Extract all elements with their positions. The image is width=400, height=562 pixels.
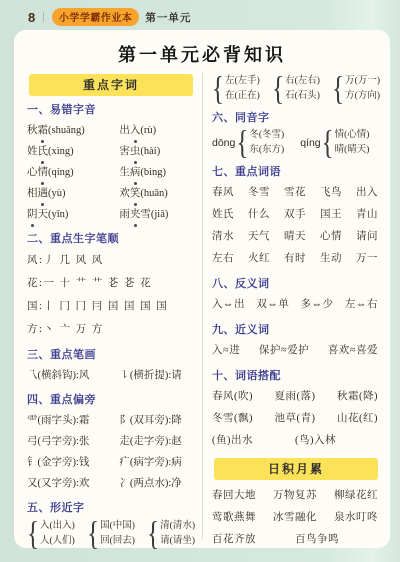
word: 东(东方): [249, 143, 284, 158]
brace-lines: 清(清水) 请(请坐): [160, 519, 195, 549]
word: 石(石头): [285, 89, 320, 104]
word: 情(心情): [335, 128, 370, 143]
word-with-pinyin: 害虫(hài): [119, 141, 195, 162]
page-number: 8: [28, 10, 35, 25]
similar-chars-group: 右(左右) 石(石头): [272, 74, 320, 104]
idiom-row: 百花齐放 百鸟争鸣: [212, 529, 380, 551]
collocation: (鸟)入林: [295, 430, 336, 452]
stroke-order-row: 风:丿 几 风 风: [27, 249, 195, 272]
word-pair-row: 心情(qíng) 生病(bìng): [27, 162, 195, 183]
word: 有时: [284, 248, 306, 270]
pinyin-label: dōng: [212, 137, 235, 149]
word: 万(万一): [345, 74, 380, 89]
word-with-pinyin: 欢笑(huān): [119, 183, 195, 204]
word: 万一: [356, 248, 378, 270]
radical-example: 钅(金字旁):钱: [27, 452, 119, 473]
word: 出入: [356, 182, 378, 204]
antonym-pair: 多⇔少: [301, 294, 334, 316]
collocation: 池草(青): [275, 408, 316, 430]
page-title: 第一单元必背知识: [24, 41, 380, 67]
word-row: 清水 天气 晴天 心情 请问: [212, 226, 380, 248]
stroke-list: 乁(横斜钩):风 ㇊(横折提):请: [27, 365, 195, 386]
section-heading-collocations: 十、词语搭配: [212, 367, 380, 383]
emphasized-char: 遇: [38, 183, 49, 204]
brace-icon: [332, 72, 344, 106]
similar-chars-group: 万(万一) 方(方向): [332, 74, 380, 104]
word: 晴天: [284, 226, 306, 248]
brace-lines: 入(出入) 人(人们): [40, 519, 75, 549]
word: 右(左右): [285, 74, 320, 89]
brace-lines: 情(心情) 晴(晴天): [335, 128, 370, 158]
collocation: 春风(吹): [212, 386, 253, 408]
word-with-pinyin: 阴天(yīn): [27, 204, 119, 225]
word: 冬(冬雪): [249, 128, 284, 143]
collocation-list: 春风(吹) 夏雨(落) 秋霜(降) 冬雪(飘) 池草(青) 山花(红) (鱼)出…: [212, 386, 380, 452]
radical-example: 阝(双耳旁):降: [119, 410, 195, 431]
brace-icon: [322, 126, 334, 160]
word: 左(左手): [225, 74, 260, 89]
emphasized-char: 虫: [130, 141, 141, 162]
word: 请问: [356, 226, 378, 248]
collocation: 冬雪(飘): [212, 408, 253, 430]
word-with-pinyin: 出入(rù): [119, 120, 195, 141]
collocation: 山花(红): [337, 408, 378, 430]
idiom-list: 春回大地 万物复苏 柳绿花红 莺歌燕舞 冰雪融化 泉水叮咚 百花齐放: [212, 485, 380, 551]
word: 飞鸟: [320, 182, 342, 204]
word: 什么: [248, 204, 270, 226]
word-with-pinyin: 姓氏(xìng): [27, 141, 119, 162]
idiom: 柳绿花红: [334, 485, 378, 507]
similar-chars-group: 入(出入) 人(人们): [27, 519, 75, 549]
brace-lines: 万(万一) 方(方向): [345, 74, 380, 104]
radical-row: 又(又字旁):欢 冫(两点水):净: [27, 473, 195, 494]
word-row: 左右 火红 有时 生动 万一: [212, 248, 380, 270]
idiom: 百花齐放: [212, 529, 256, 551]
word: 国(中国): [100, 519, 135, 534]
section-heading-strokes: 三、重点笔画: [27, 346, 195, 362]
word: 国王: [320, 204, 342, 226]
word: 清水: [212, 226, 234, 248]
section-header-accumulation: 日积月累: [214, 458, 378, 480]
word: 姓氏: [212, 204, 234, 226]
word-pair-row: 相遇(yù) 欢笑(huān): [27, 183, 195, 204]
synonym-pair: 保护≈爱护: [259, 340, 309, 362]
collocation: (鱼)出水: [212, 430, 253, 452]
idiom: 百鸟争鸣: [295, 529, 339, 551]
brace-lines: 右(左右) 石(石头): [285, 74, 320, 104]
word: 方(方向): [345, 89, 380, 104]
antonym-pair: 左⇔右: [345, 294, 378, 316]
radical-row: 钅(金字旁):钱 疒(病字旁):病: [27, 452, 195, 473]
stroke-order-row: 花:一 十 艹 艹 芲 芲 花: [27, 272, 195, 295]
word-row: 春风 冬雪 雪花 飞鸟 出入: [212, 182, 380, 204]
antonym-pair: 双⇔单: [256, 294, 289, 316]
book-title-badge: 小学学霸作业本: [52, 8, 140, 26]
section-heading-antonyms: 八、反义词: [212, 275, 380, 291]
emphasized-char: 夹: [130, 204, 141, 225]
stroke-example: ㇊(横折提):请: [119, 365, 195, 386]
radical-example: ⻗(雨字头):霜: [27, 410, 119, 431]
brace-lines: 冬(冬雪) 东(东方): [249, 128, 284, 158]
stroke-order-row: 国:丨 冂 冂 冃 囯 囯 国 国: [27, 295, 195, 318]
left-column: 重点字词 一、易错字音 秋霜(shuāng) 出入(rù) 姓氏(xìng) 害…: [24, 73, 202, 539]
word: 心情: [320, 226, 342, 248]
section-heading-synonyms: 九、近义词: [212, 321, 380, 337]
pinyin-label: qíng: [300, 137, 320, 149]
brace-icon: [212, 72, 224, 106]
word-with-pinyin: 秋霜(shuāng): [27, 120, 119, 141]
word-pair-row: 姓氏(xìng) 害虫(hài): [27, 141, 195, 162]
synonym-pair: 喜欢≈喜爱: [328, 340, 378, 362]
word: 入(出入): [40, 519, 75, 534]
page-header: 8 | 小学学霸作业本 第一单元: [0, 0, 400, 28]
section-heading-mispronounced: 一、易错字音: [27, 101, 195, 117]
brace-lines: 国(中国) 回(回去): [100, 519, 135, 549]
word-pair-row: 阴天(yīn) 雨夹雪(jiā): [27, 204, 195, 225]
brace-lines: 左(左手) 在(正在): [225, 74, 260, 104]
radical-example: 冫(两点水):净: [119, 473, 195, 494]
page-background: 8 | 小学学霸作业本 第一单元 第一单元必背知识 重点字词 一、易错字音 秋霜…: [0, 0, 400, 28]
word-pair-row: 秋霜(shuāng) 出入(rù): [27, 120, 195, 141]
radical-example: 疒(病字旁):病: [119, 452, 195, 473]
collocation: 秋霜(降): [337, 386, 378, 408]
similar-chars-groups: 入(出入) 人(人们) 国(中国) 回(回去): [27, 519, 195, 549]
radical-example: 弓(弓字旁):张: [27, 431, 119, 452]
stroke-example: 乁(横斜钩):风: [27, 365, 119, 386]
header-divider: |: [42, 12, 45, 23]
word-row: 姓氏 什么 双手 国王 青山: [212, 204, 380, 226]
emphasized-char: 病: [130, 162, 141, 183]
stroke-order-row: 方:丶 亠 万 方: [27, 318, 195, 341]
two-column-layout: 重点字词 一、易错字音 秋霜(shuāng) 出入(rù) 姓氏(xìng) 害…: [24, 73, 380, 539]
similar-chars-group: 国(中国) 回(回去): [87, 519, 135, 549]
emphasized-char: 氏: [38, 141, 49, 162]
collocation-row: 春风(吹) 夏雨(落) 秋霜(降): [212, 386, 380, 408]
emphasized-char: 阴: [27, 204, 38, 225]
word-with-pinyin: 雨夹雪(jiā): [119, 204, 195, 225]
word: 在(正在): [225, 89, 260, 104]
radical-list: ⻗(雨字头):霜 阝(双耳旁):降 弓(弓字旁):张 走(走字旁):赵 钅(金字…: [27, 410, 195, 494]
key-words-list: 春风 冬雪 雪花 飞鸟 出入 姓氏 什么 双手 国王 青山: [212, 182, 380, 270]
idiom-row: 春回大地 万物复苏 柳绿花红: [212, 485, 380, 507]
word: 清(清水): [160, 519, 195, 534]
radical-row: ⻗(雨字头):霜 阝(双耳旁):降: [27, 410, 195, 431]
word: 双手: [284, 204, 306, 226]
word: 雪花: [284, 182, 306, 204]
word: 晴(晴天): [335, 143, 370, 158]
section-heading-key-words: 七、重点词语: [212, 163, 380, 179]
similar-chars-group: 清(清水) 请(请坐): [147, 519, 195, 549]
section-header-keywords: 重点字词: [29, 74, 193, 96]
brace-icon: [87, 517, 99, 551]
brace-icon: [236, 126, 248, 160]
brace-icon: [147, 517, 159, 551]
emphasized-char: 情: [38, 162, 49, 183]
collocation-row: (鱼)出水 (鸟)入林: [212, 430, 380, 452]
idiom: 冰雪融化: [273, 507, 317, 529]
stroke-row: 乁(横斜钩):风 ㇊(横折提):请: [27, 365, 195, 386]
radical-example: 走(走字旁):赵: [119, 431, 195, 452]
section-heading-stroke-order: 二、重点生字笔顺: [27, 230, 195, 246]
word: 天气: [248, 226, 270, 248]
section-heading-radicals: 四、重点偏旁: [27, 391, 195, 407]
emphasized-char: 笑: [130, 183, 141, 204]
word: 春风: [212, 182, 234, 204]
radical-example: 又(又字旁):欢: [27, 473, 119, 494]
synonym-row: 入≈进 保护≈爱护 喜欢≈喜爱: [212, 340, 380, 362]
section-heading-similar-chars: 五、形近字: [27, 499, 195, 515]
synonym-pair: 入≈进: [212, 340, 240, 362]
word: 左右: [212, 248, 234, 270]
right-column: 左(左手) 在(正在) 右(左右) 石(石头): [202, 73, 380, 539]
homophone-group: qíng 情(心情) 晴(晴天): [300, 128, 369, 158]
idiom: 莺歌燕舞: [212, 507, 256, 529]
word: 回(回去): [100, 534, 135, 549]
stroke-order-list: 风:丿 几 风 风 花:一 十 艹 艹 芲 芲 花 国:丨 冂 冂 冃 囯 囯 …: [27, 249, 195, 341]
antonym-pair: 入⇔出: [212, 294, 245, 316]
collocation-row: 冬雪(飘) 池草(青) 山花(红): [212, 408, 380, 430]
word: 人(人们): [40, 534, 75, 549]
word: 青山: [356, 204, 378, 226]
brace-icon: [272, 72, 284, 106]
homophone-list: dōng 冬(冬雪) 东(东方) qíng 情(心情: [212, 128, 380, 158]
pinyin-words-list: 秋霜(shuāng) 出入(rù) 姓氏(xìng) 害虫(hài) 心情(qí…: [27, 120, 195, 225]
similar-chars-group: 左(左手) 在(正在): [212, 74, 260, 104]
idiom: 春回大地: [212, 485, 256, 507]
brace-icon: [27, 517, 39, 551]
emphasized-char: 霜: [38, 120, 49, 141]
idiom: 泉水叮咚: [334, 507, 378, 529]
word-with-pinyin: 心情(qíng): [27, 162, 119, 183]
content-card: 第一单元必背知识 重点字词 一、易错字音 秋霜(shuāng) 出入(rù) 姓…: [14, 30, 390, 548]
word: 请(请坐): [160, 534, 195, 549]
word-with-pinyin: 相遇(yù): [27, 183, 119, 204]
emphasized-char: 入: [130, 120, 141, 141]
homophone-group: dōng 冬(冬雪) 东(东方): [212, 128, 284, 158]
word: 生动: [320, 248, 342, 270]
collocation: 夏雨(落): [275, 386, 316, 408]
section-heading-homophones: 六、同音字: [212, 109, 380, 125]
unit-label: 第一单元: [145, 10, 191, 25]
idiom-row: 莺歌燕舞 冰雪融化 泉水叮咚: [212, 507, 380, 529]
idiom: 万物复苏: [273, 485, 317, 507]
word: 火红: [248, 248, 270, 270]
word: 冬雪: [248, 182, 270, 204]
radical-row: 弓(弓字旁):张 走(走字旁):赵: [27, 431, 195, 452]
antonym-row: 入⇔出 双⇔单 多⇔少 左⇔右: [212, 294, 380, 316]
word-with-pinyin: 生病(bìng): [119, 162, 195, 183]
similar-chars-groups-continued: 左(左手) 在(正在) 右(左右) 石(石头): [212, 74, 380, 104]
